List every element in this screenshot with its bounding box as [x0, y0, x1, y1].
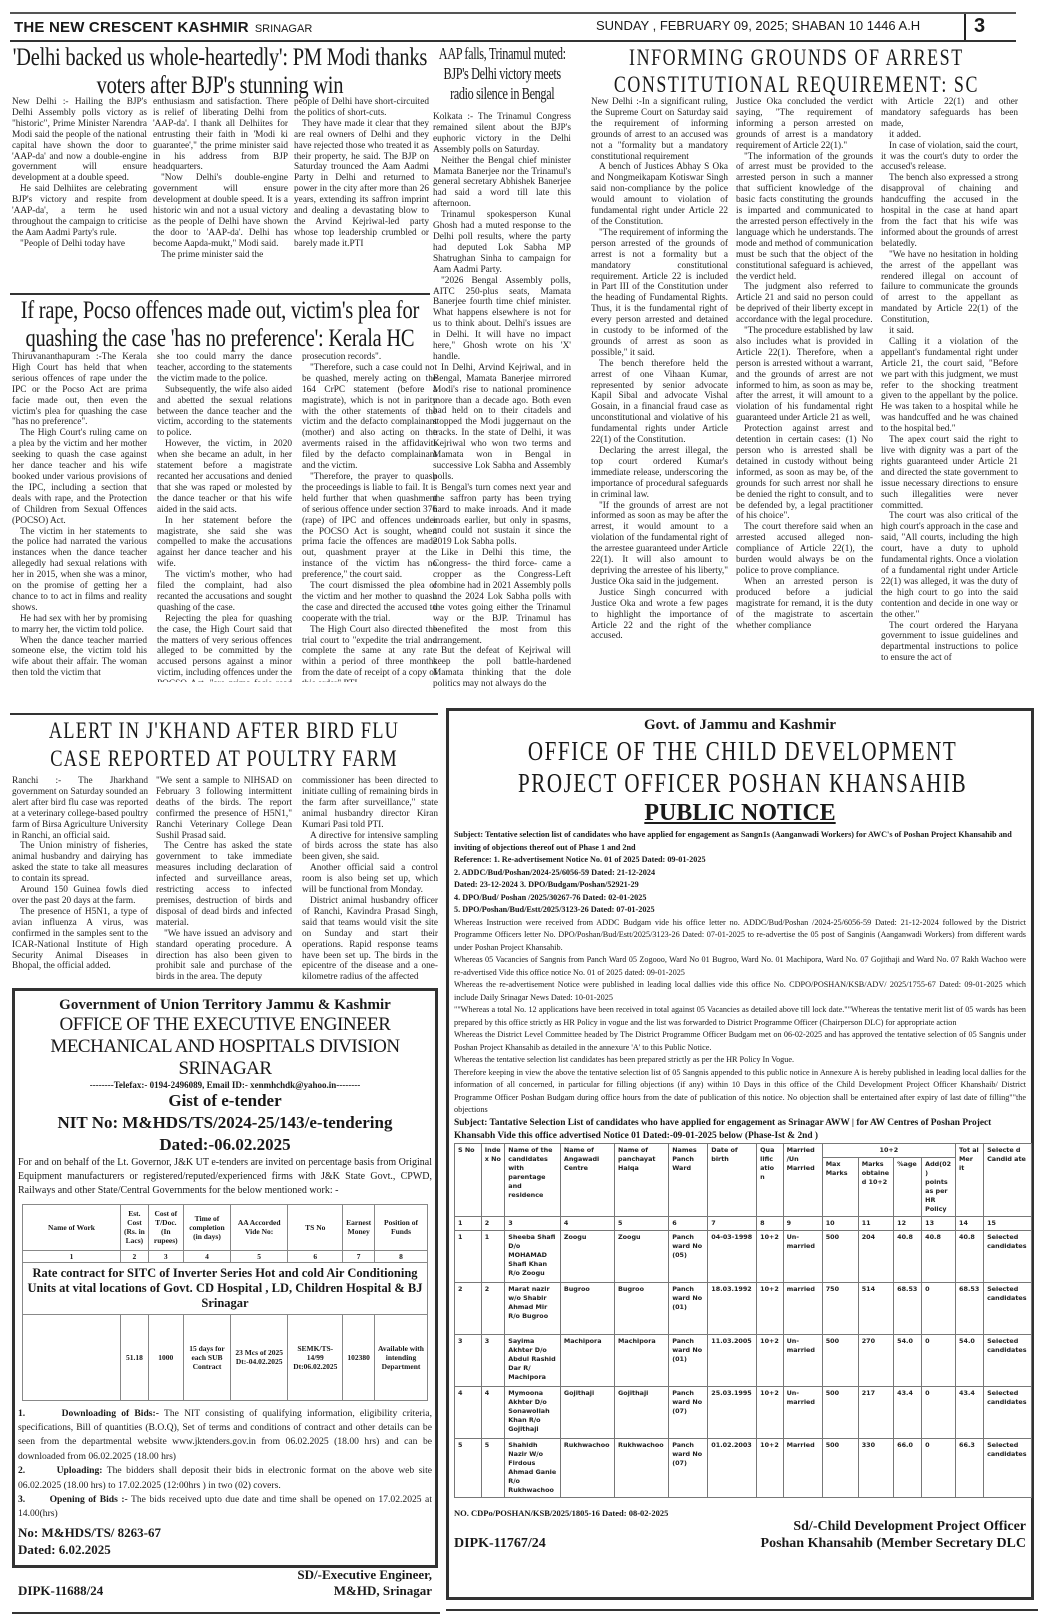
tender-contact: --------Telefax:- 0194-2496089, Email ID…	[18, 1080, 432, 1090]
paragraph: The court therefore said when an arreste…	[736, 522, 873, 577]
clause-title: Opening of Bids :-	[50, 1494, 128, 1505]
paragraph: He had sex with her by promising to marr…	[12, 614, 147, 636]
table-cell: 10+2	[757, 1282, 783, 1334]
tender-advertisement: Government of Union Territory Jammu & Ka…	[12, 988, 438, 1568]
masthead-rule	[10, 40, 1016, 42]
paragraph: enthusiasm and satisfaction. There is re…	[153, 97, 288, 173]
tender-col-num: 7	[343, 1250, 375, 1262]
tender-col-num: 2	[121, 1250, 149, 1262]
clause-title: Uploading:	[57, 1465, 103, 1476]
tender-th: Time of completion (in days)	[183, 1204, 230, 1250]
tender-clauses: 1. Downloading of Bids:- The NIT consist…	[18, 1407, 432, 1522]
table-row: 1 2 3 4 5 6 7 8 9 10 11 12 13 14 15	[455, 1216, 1032, 1230]
tender-col-num: 1	[23, 1250, 121, 1262]
table-cell: Mymoona Akhter D/o Sonawollah Khan R/o G…	[505, 1386, 561, 1438]
paragraph: "The requirement of informing the person…	[591, 228, 728, 359]
table-cell: 04-03-1998	[708, 1230, 757, 1282]
sel-col-num: 9	[783, 1216, 822, 1230]
tender-th: Name of Work	[23, 1204, 121, 1250]
table-cell: 66.0	[894, 1438, 922, 1497]
paragraph: Subsequently, the wife also aided and ab…	[157, 385, 292, 440]
paragraph: "2026 Bengal Assembly polls, AITC 250-pl…	[433, 276, 571, 363]
tender-cell: 51.18	[121, 1314, 149, 1400]
modi-col-3: people of Delhi have short-circuited the…	[294, 97, 429, 287]
sel-th: Married /Un Married	[783, 1143, 822, 1216]
tender-th: AA Accorded Vide No:	[231, 1204, 288, 1250]
table-cell: 0	[922, 1386, 956, 1438]
paragraph: The bench therefore held the arrest of o…	[591, 359, 728, 446]
reference-item: Reference: 1. Re-advertisement Notice No…	[454, 854, 1026, 867]
public-notice-advertisement: Govt. of Jammu and Kashmir OFFICE OF THE…	[446, 708, 1034, 1600]
arrest-col-2: Justice Oka concluded the verdict saying…	[736, 97, 873, 691]
paragraph: But the defeat of Kejriwal will keep the…	[433, 646, 571, 690]
notice-references: Reference: 1. Re-advertisement Notice No…	[454, 854, 1026, 917]
paragraph: The judgment also referred to Article 21…	[736, 282, 873, 326]
table-cell: Panch ward No (01)	[669, 1334, 708, 1386]
table-cell: Selected candidates	[984, 1438, 1032, 1497]
tender-th: Est. Cost (Rs. in Lacs)	[121, 1204, 149, 1250]
paragraph: Justice Oka concluded the verdict saying…	[736, 97, 873, 152]
article-birdflu: ALERT IN J'KHAND AFTER BIRD FLU CASE REP…	[10, 717, 438, 773]
table-row: 33Sayima Akhter D/o Abdul Rashid Dar R/ …	[455, 1334, 1032, 1386]
table-cell: Married	[783, 1438, 822, 1497]
paragraph: New Delhi :-In a significant ruling, the…	[591, 97, 728, 162]
tender-cell: 23 Mcs of 2025 Dt:-04.02.2025	[231, 1314, 288, 1400]
table-cell: 40.8	[894, 1230, 922, 1282]
tender-cell	[23, 1314, 121, 1400]
tender-th: Position of Funds	[375, 1204, 428, 1250]
headline-arrest-1: INFORMING GROUNDS OF ARREST	[578, 44, 1015, 71]
paragraph: The court dismissed the plea of the vict…	[302, 581, 437, 625]
paragraph: In case of violation, said the court, it…	[881, 141, 1018, 174]
selection-rows: 11Sheeba Shafi D/o MOHAMAD Shafi Khan R/…	[455, 1230, 1032, 1497]
tender-signatory-2: M&HD, Srinagar	[334, 1583, 432, 1599]
table-cell: 2	[455, 1282, 482, 1334]
headline-kerala: If rape, Pocso offences made out, victim…	[10, 297, 430, 353]
table-cell: Rukhwachoo	[615, 1438, 669, 1497]
sel-subth: Marks obtaine d 10+2	[858, 1157, 893, 1216]
table-cell: 500	[822, 1334, 858, 1386]
tender-footer: DIPK-11688/24 M&HD, Srinagar	[18, 1583, 432, 1599]
sel-subth: Add(02 ) points as per HR Policy	[922, 1157, 956, 1216]
table-cell: Un-married	[783, 1386, 822, 1438]
sel-th: Inde x No	[481, 1143, 505, 1216]
sel-col-num: 5	[615, 1216, 669, 1230]
modi-col-1: New Delhi :- Hailing the BJP's Delhi Ass…	[12, 97, 147, 287]
kerala-col-1: Thiruvananthapuram :-The Kerala High Cou…	[12, 352, 147, 682]
sel-th: Selecte d Candid ate	[984, 1143, 1032, 1216]
clause-title: Downloading of Bids:-	[62, 1408, 159, 1419]
table-cell: Un-married	[783, 1334, 822, 1386]
notice-footer: DIPK-11767/24 Poshan Khansahib (Member S…	[454, 1536, 1026, 1552]
table-row: 55Shahidh Nazir W/o Firdous Ahmad Ganie …	[455, 1438, 1032, 1497]
table-cell: 54.0	[956, 1334, 984, 1386]
sel-col-num: 11	[858, 1216, 893, 1230]
paragraph: The victim in her statements to the poli…	[12, 527, 147, 614]
table-cell: married	[783, 1282, 822, 1334]
table-cell: Un-married	[783, 1230, 822, 1282]
headline-birdflu-2: CASE REPORTED AT POULTRY FARM	[10, 745, 438, 773]
table-cell: 514	[858, 1282, 893, 1334]
article-bengal: AAP falls, Trinamul muted: BJP's Delhi v…	[432, 44, 572, 104]
tender-clause-1: 1. Downloading of Bids:- The NIT consist…	[18, 1407, 432, 1465]
arrest-col-1: New Delhi :-In a significant ruling, the…	[591, 97, 728, 691]
table-cell: 1	[481, 1230, 505, 1282]
article-kerala: If rape, Pocso offences made out, victim…	[10, 297, 430, 353]
tender-th: Cost of T/Doc. (In rupees)	[148, 1204, 183, 1250]
paragraph: The prime minister said the	[153, 250, 288, 261]
issue-date: SUNDAY , FEBRUARY 09, 2025; SHABAN 10 14…	[596, 18, 920, 33]
paragraph: Ranchi :- The Jharkhand government on Sa…	[12, 776, 148, 841]
table-cell: Machipora	[560, 1334, 614, 1386]
sel-subth: %age	[894, 1157, 922, 1216]
table-cell: 43.4	[894, 1386, 922, 1438]
paragraph: Whereas Instruction were received from A…	[454, 917, 1026, 955]
paragraph: Bengal's turn comes next year and the sa…	[433, 483, 571, 548]
tender-col-num: 6	[288, 1250, 343, 1262]
table-cell: 0	[922, 1282, 956, 1334]
table-cell: Zoogu	[560, 1230, 614, 1282]
sel-col-num: 10	[822, 1216, 858, 1230]
sel-col-num: 14	[956, 1216, 984, 1230]
article-modi: 'Delhi backed us whole-heartedly': PM Mo…	[10, 44, 430, 100]
tender-col-num: 3	[148, 1250, 183, 1262]
table-cell: 43.4	[956, 1386, 984, 1438]
headline-arrest-2: CONSTITUTIONAL REQUIREMENT: SC	[578, 71, 1015, 98]
paragraph: Thiruvananthapuram :-The Kerala High Cou…	[12, 352, 147, 428]
modi-col-2: enthusiasm and satisfaction. There is re…	[153, 97, 288, 287]
tender-clause-2: 2. Uploading: The bidders shall deposit …	[18, 1464, 432, 1493]
masthead-divider	[964, 14, 966, 40]
paragraph: commissioner has been directed to initia…	[302, 776, 438, 831]
tender-intro: For and on behalf of the Lt. Governor, J…	[18, 1156, 432, 1198]
table-cell: 68.53	[956, 1282, 984, 1334]
table-cell: Bugroo	[615, 1282, 669, 1334]
paragraph: "Therefore, such a case could not be qua…	[302, 363, 437, 472]
table-cell: Gojithaji	[615, 1386, 669, 1438]
tender-gist: Gist of e-tender	[18, 1090, 432, 1112]
arrest-col-3: with Article 22(1) and other mandatory s…	[881, 97, 1018, 691]
paragraph: prosecution records".	[302, 352, 437, 363]
table-cell: 330	[858, 1438, 893, 1497]
table-cell: 4	[481, 1386, 505, 1438]
table-cell: Selected candidates	[984, 1334, 1032, 1386]
paragraph: Whereas the re-advertisement Notice were…	[454, 979, 1026, 1004]
clause-number: 3.	[18, 1494, 25, 1505]
paragraph: "If the grounds of arrest are not inform…	[591, 501, 728, 588]
notice-signatory-1: Sd/-Child Development Project Officer	[454, 1518, 1026, 1536]
table-cell: 10+2	[757, 1386, 783, 1438]
notice-signatory-2: Poshan Khansahib (Member Secretary DLC	[761, 1536, 1026, 1552]
table-cell: 11.03.2005	[708, 1334, 757, 1386]
newspaper-title: THE NEW CRESCENT KASHMIR	[14, 19, 249, 36]
table-cell: Panch ward No (07)	[669, 1386, 708, 1438]
headline-modi: 'Delhi backed us whole-heartedly': PM Mo…	[10, 44, 430, 100]
paragraph: He said Delhiites are celebrating BJP's …	[12, 184, 147, 239]
clause-number: 2.	[18, 1465, 25, 1476]
table-cell: 68.53	[894, 1282, 922, 1334]
paragraph: Whereas the District Level Committee hea…	[454, 1029, 1026, 1054]
sel-th: Tot al Mer it	[956, 1143, 984, 1216]
table-cell: 2	[481, 1282, 505, 1334]
sel-th: Names Panch Ward	[669, 1143, 708, 1216]
paragraph: Like in Delhi this time, the Congress- t…	[433, 548, 571, 646]
table-cell: Panch ward No (05)	[669, 1230, 708, 1282]
table-cell: 54.0	[894, 1334, 922, 1386]
table-cell: 750	[822, 1282, 858, 1334]
paragraph: Another official said a control room is …	[302, 863, 438, 896]
table-cell: 10+2	[757, 1334, 783, 1386]
paragraph: District animal husbandry officer of Ran…	[302, 896, 438, 983]
paragraph: "People of Delhi today have	[12, 239, 147, 250]
tender-th: Earnest Money	[343, 1204, 375, 1250]
tender-table: Name of Work Est. Cost (Rs. in Lacs) Cos…	[22, 1204, 428, 1401]
table-cell: 500	[822, 1438, 858, 1497]
paragraph: ""Whereas a total No. 12 applications ha…	[454, 1004, 1026, 1029]
sel-col-num: 3	[505, 1216, 561, 1230]
table-cell: Sayima Akhter D/o Abdul Rashid Dar R/ Ma…	[505, 1334, 561, 1386]
paragraph: In her statement before the magistrate, …	[157, 516, 292, 571]
table-cell: 18.03.1992	[708, 1282, 757, 1334]
tender-cell: SEMK/TS-14/99 Dt:06.02.2025	[288, 1314, 343, 1400]
table-row: 44Mymoona Akhter D/o Sonawollah Khan R/o…	[455, 1386, 1032, 1438]
paragraph: "We have no hesitation in holding the ar…	[881, 250, 1018, 326]
table-cell: 40.8	[922, 1230, 956, 1282]
table-cell: 0	[922, 1334, 956, 1386]
sel-col-num: 13	[922, 1216, 956, 1230]
table-cell: 270	[858, 1334, 893, 1386]
tender-cell: Available with intending Department	[375, 1314, 428, 1400]
notice-subject: Subject: Tentative selection list of can…	[454, 829, 1026, 854]
sel-col-num: 1	[455, 1216, 482, 1230]
paragraph: with Article 22(1) and other mandatory s…	[881, 97, 1018, 130]
headline-bengal: AAP falls, Trinamul muted: BJP's Delhi v…	[432, 44, 572, 104]
paragraph: Around 150 Guinea fowls died over the pa…	[12, 885, 148, 907]
paragraph: "We have issued an advisory and standard…	[156, 929, 292, 984]
table-cell: 25.03.1995	[708, 1386, 757, 1438]
section-rule	[10, 293, 430, 295]
paragraph: "The procedure established by law also i…	[736, 326, 873, 424]
notice-dipk: DIPK-11767/24	[454, 1536, 546, 1552]
table-row: 22Marat nazir w/o Shabir Ahmad Mir R/o B…	[455, 1282, 1032, 1334]
tender-clause-3: 3. Opening of Bids :- The bids received …	[18, 1493, 432, 1522]
reference-item: Dated: 23-12-2024 3. DPO/Budgam/Poshan/5…	[454, 879, 1026, 892]
notice-body: Whereas Instruction were received from A…	[454, 917, 1026, 1117]
sel-col-num: 2	[481, 1216, 505, 1230]
notice-subject-2: Subject: Tantative Selection List of can…	[454, 1117, 1026, 1143]
table-cell: 5	[455, 1438, 482, 1497]
paragraph: Protection against arrest and detention …	[736, 424, 873, 522]
table-cell: 10+2	[757, 1230, 783, 1282]
sel-col-num: 12	[894, 1216, 922, 1230]
tender-ref-dated: Dated: 6.02.2025	[18, 1541, 432, 1558]
paragraph: "Therefore, the prayer to quash the proc…	[302, 472, 437, 581]
paragraph: Trinamul spokesperson Kunal Ghosh had a …	[433, 210, 571, 275]
sel-th: S No	[455, 1143, 482, 1216]
paragraph: Rejecting the plea for quashing the case…	[157, 614, 292, 682]
tender-cell: 1000	[148, 1314, 183, 1400]
bottom-rule-left	[12, 1612, 440, 1614]
tender-work-title: Rate contract for SITC of Inverter Serie…	[23, 1262, 428, 1314]
sel-th: Name of panchayat Halqa	[615, 1143, 669, 1216]
paragraph: The court ordered the Haryana government…	[881, 621, 1018, 665]
tender-nit-number: NIT No: M&HDS/TS/2024-25/143/e-tendering	[18, 1112, 432, 1134]
tender-dated: Dated:-06.02.2025	[18, 1134, 432, 1156]
table-cell: Sheeba Shafi D/o MOHAMAD Shafi Khan R/o …	[505, 1230, 561, 1282]
paragraph: The apex court said the right to live wi…	[881, 435, 1018, 511]
table-cell: 204	[858, 1230, 893, 1282]
notice-office-1: OFFICE OF THE CHILD DEVELOPMENT	[454, 735, 1031, 767]
table-cell: 500	[822, 1230, 858, 1282]
sel-col-num: 7	[708, 1216, 757, 1230]
selection-table: S No Inde x No Name of the candidates wi…	[454, 1143, 1032, 1498]
sel-col-num: 6	[669, 1216, 708, 1230]
sel-col-num: 8	[757, 1216, 783, 1230]
tender-cell: 15 days for each SUB Contract	[183, 1314, 230, 1400]
paragraph: "We sent a sample to NIHSAD on February …	[156, 776, 292, 841]
paragraph: it added.	[881, 130, 1018, 141]
table-cell: 500	[822, 1386, 858, 1438]
section-rule-birdflu	[10, 713, 438, 715]
paragraph: When the dance teacher married someone e…	[12, 636, 147, 680]
table-cell: 3	[455, 1334, 482, 1386]
table-cell: Selected candidates	[984, 1386, 1032, 1438]
paragraph: They have made it clear that they are re…	[294, 119, 429, 250]
paragraph: she too could marry the dance teacher, a…	[157, 352, 292, 385]
tender-th: TS No	[288, 1204, 343, 1250]
tender-signatory-1: SD/-Executive Engineer,	[18, 1566, 432, 1583]
table-cell: 4	[455, 1386, 482, 1438]
tender-office-2: MECHANICAL AND HOSPITALS DIVISION SRINAG…	[18, 1036, 432, 1080]
paragraph: The bench also expressed a strong disapp…	[881, 173, 1018, 249]
kerala-col-2: she too could marry the dance teacher, a…	[157, 352, 292, 682]
paragraph: The High Court's ruling came on a plea b…	[12, 428, 147, 526]
tender-cell: 102380	[343, 1314, 375, 1400]
paragraph: Declaring the arrest illegal, the top co…	[591, 446, 728, 501]
page-number: 3	[974, 15, 985, 38]
bottom-rule-right	[446, 1609, 1038, 1611]
paragraph: A bench of Justices Abhay S Oka and Nong…	[591, 162, 728, 227]
sel-col-num: 15	[984, 1216, 1032, 1230]
kerala-col-3: prosecution records"."Therefore, such a …	[302, 352, 437, 682]
paragraph: However, the victim, in 2020 when she be…	[157, 439, 292, 515]
paragraph: "The information of the grounds of arres…	[736, 152, 873, 283]
tender-ref-no: No: M&HDS/TS/ 8263-67	[18, 1524, 432, 1541]
sel-th: Date of birth	[708, 1143, 757, 1216]
newspaper-city: SRINAGAR	[255, 23, 312, 35]
paragraph: Kolkata :- The Trinamul Congress remaine…	[433, 112, 571, 156]
table-cell: 40.8	[956, 1230, 984, 1282]
table-cell: 01.02.2003	[708, 1438, 757, 1497]
table-cell: Bugroo	[560, 1282, 614, 1334]
sel-subth: Max Marks	[822, 1157, 858, 1216]
paragraph: The Union ministry of fisheries, animal …	[12, 841, 148, 885]
paragraph: In Delhi, Arvind Kejriwal, and in Bengal…	[433, 363, 571, 483]
sel-th: Qua lific atio n	[757, 1143, 783, 1216]
paragraph: Whereas the tentative selection list can…	[454, 1054, 1026, 1067]
table-cell: Selected candidates	[984, 1230, 1032, 1282]
reference-item: 2. ADDC/Bud/Poshan/2024-25/6056-59 Dated…	[454, 867, 1026, 880]
article-arrest: INFORMING GROUNDS OF ARREST CONSTITUTION…	[578, 44, 1016, 98]
birdflu-col-3: commissioner has been directed to initia…	[302, 776, 438, 984]
table-cell: 3	[481, 1334, 505, 1386]
table-cell: Panch ward No (07)	[669, 1438, 708, 1497]
tender-col-num: 5	[231, 1250, 288, 1262]
bengal-body: Kolkata :- The Trinamul Congress remaine…	[433, 112, 571, 690]
paragraph: Neither the Bengal chief minister Mamata…	[433, 156, 571, 211]
notice-office-2: PROJECT OFFICER POSHAN KHANSAHIB	[454, 767, 1031, 799]
tender-col-num: 8	[375, 1250, 428, 1262]
masthead: THE NEW CRESCENT KASHMIR SRINAGAR SUNDAY…	[14, 14, 1014, 40]
tender-office-1: OFFICE OF THE EXECUTIVE ENGINEER	[18, 1014, 432, 1036]
table-cell: 0	[922, 1438, 956, 1497]
birdflu-col-1: Ranchi :- The Jharkhand government on Sa…	[12, 776, 148, 984]
paragraph: "Now Delhi's double-engine government wi…	[153, 173, 288, 249]
paragraph: The presence of H5N1, a type of avian in…	[12, 907, 148, 972]
paragraph: A directive for intensive sampling of bi…	[302, 831, 438, 864]
sel-th: Name of Angawadi Centre	[560, 1143, 614, 1216]
paragraph: it said.	[881, 326, 1018, 337]
table-cell: Marat nazir w/o Shabir Ahmad Mir R/o Bug…	[505, 1282, 561, 1334]
notice-ref-no: NO. CDPo/POSHAN/KSB/2025/1805-16 Dated: …	[454, 1508, 1026, 1518]
tender-govt: Government of Union Territory Jammu & Ka…	[18, 997, 432, 1014]
table-cell: Panch ward No (01)	[669, 1282, 708, 1334]
sel-col-num: 4	[560, 1216, 614, 1230]
paragraph: When an arrested person is produced befo…	[736, 577, 873, 632]
paragraph: The High Court also directed the trial c…	[302, 625, 437, 682]
birdflu-col-2: "We sent a sample to NIHSAD on February …	[156, 776, 292, 984]
sel-th: 10+2	[822, 1143, 955, 1157]
table-row: 11Sheeba Shafi D/o MOHAMAD Shafi Khan R/…	[455, 1230, 1032, 1282]
notice-govt: Govt. of Jammu and Kashmir	[454, 715, 1026, 735]
paragraph: The Centre has asked the state governmen…	[156, 841, 292, 928]
table-cell: Shahidh Nazir W/o Firdous Ahmad Ganie R/…	[505, 1438, 561, 1497]
table-cell: 10+2	[757, 1438, 783, 1497]
paragraph: Calling it a violation of the appellant'…	[881, 337, 1018, 435]
paragraph: The victim's mother, who had filed the c…	[157, 570, 292, 614]
table-cell: Rukhwachoo	[560, 1438, 614, 1497]
table-cell: 217	[858, 1386, 893, 1438]
table-cell: Gojithaji	[560, 1386, 614, 1438]
paragraph: Justice Singh concurred with Justice Oka…	[591, 588, 728, 643]
tender-dipk: DIPK-11688/24	[18, 1583, 103, 1599]
table-cell: Machipora	[615, 1334, 669, 1386]
table-cell: Selected candidates	[984, 1282, 1032, 1334]
reference-item: 4. DPO/Bud/ Poshan /2025/30267-76 Dated:…	[454, 892, 1026, 905]
paragraph: people of Delhi have short-circuited the…	[294, 97, 429, 119]
paragraph: Therefore keeping in view the above the …	[454, 1067, 1026, 1117]
tender-col-num: 4	[183, 1250, 230, 1262]
reference-item: 5. DPO/Poshan/Bud/Estt/2025/3123-26 Date…	[454, 904, 1026, 917]
headline-birdflu-1: ALERT IN J'KHAND AFTER BIRD FLU	[10, 717, 438, 745]
notice-title: PUBLIC NOTICE	[454, 799, 1026, 827]
clause-number: 1.	[18, 1408, 25, 1419]
table-cell: 5	[481, 1438, 505, 1497]
table-cell: 1	[455, 1230, 482, 1282]
paragraph: New Delhi :- Hailing the BJP's Delhi Ass…	[12, 97, 147, 184]
paragraph: The court was also critical of the high …	[881, 511, 1018, 620]
table-cell: Zoogu	[615, 1230, 669, 1282]
table-cell: 66.3	[956, 1438, 984, 1497]
paragraph: Whereas 05 Vacancies of Sangnis from Pan…	[454, 954, 1026, 979]
sel-th: Name of the candidates with parentage an…	[505, 1143, 561, 1216]
